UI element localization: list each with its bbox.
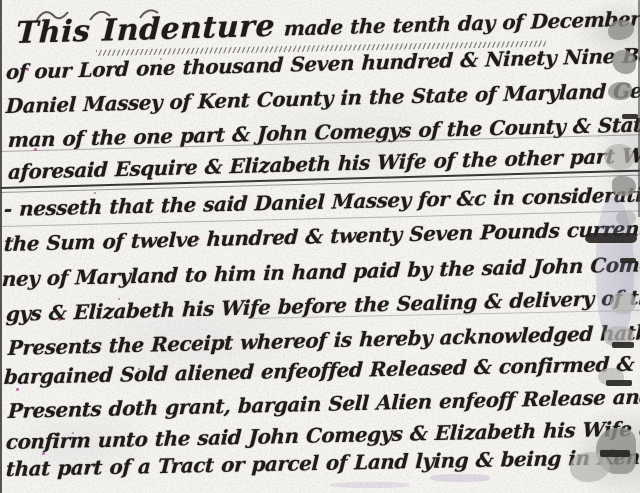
ink-speck <box>58 318 61 321</box>
ink-speck <box>198 238 200 240</box>
manuscript-line: This Indenturemade the tenth day of Dece… <box>15 0 640 51</box>
scan-blob <box>604 144 634 170</box>
scan-blob <box>612 50 636 74</box>
scan-edge-left-line <box>0 0 2 493</box>
binding-mark <box>620 258 636 263</box>
ink-speck <box>94 192 96 194</box>
manuscript-line: ney of Maryland to him in hand paid by t… <box>1 252 640 291</box>
ink-speck <box>88 352 90 354</box>
ink-speck <box>34 148 37 151</box>
manuscript-line-text: made the tenth day of December in the ye <box>283 4 640 41</box>
ink-smear <box>585 233 637 243</box>
ink-smudge <box>330 482 410 488</box>
scan-blob <box>610 292 636 314</box>
manuscript-line: gys & Elizabeth his Wife before the Seal… <box>5 284 640 326</box>
ink-speck <box>118 298 120 300</box>
binding-mark <box>606 380 632 386</box>
scan-blob <box>608 82 632 100</box>
ink-speck <box>16 388 19 391</box>
ink-smear <box>600 450 630 457</box>
scan-blob <box>608 20 634 40</box>
ink-smudge <box>430 474 490 482</box>
ink-speck <box>160 58 162 60</box>
ink-speck <box>72 432 74 434</box>
manuscript-line: Presents doth grant, bargain Sell Alien … <box>7 384 640 423</box>
ink-speck <box>52 98 54 100</box>
ink-speck <box>12 238 14 240</box>
binding-mark <box>612 342 634 348</box>
ink-speck <box>138 368 140 370</box>
ink-speck <box>26 68 29 71</box>
ink-speck <box>42 452 45 455</box>
scan-blob <box>612 176 636 196</box>
manuscript-line: the Sum of twelve hundred & twenty Seven… <box>3 215 640 256</box>
binding-mark <box>622 114 638 119</box>
manuscript-line: Daniel Massey of Kent County in the Stat… <box>5 77 640 118</box>
opening-phrase: This Indenture <box>15 9 276 51</box>
manuscript-scan-page: This Indenturemade the tenth day of Dece… <box>0 0 640 493</box>
